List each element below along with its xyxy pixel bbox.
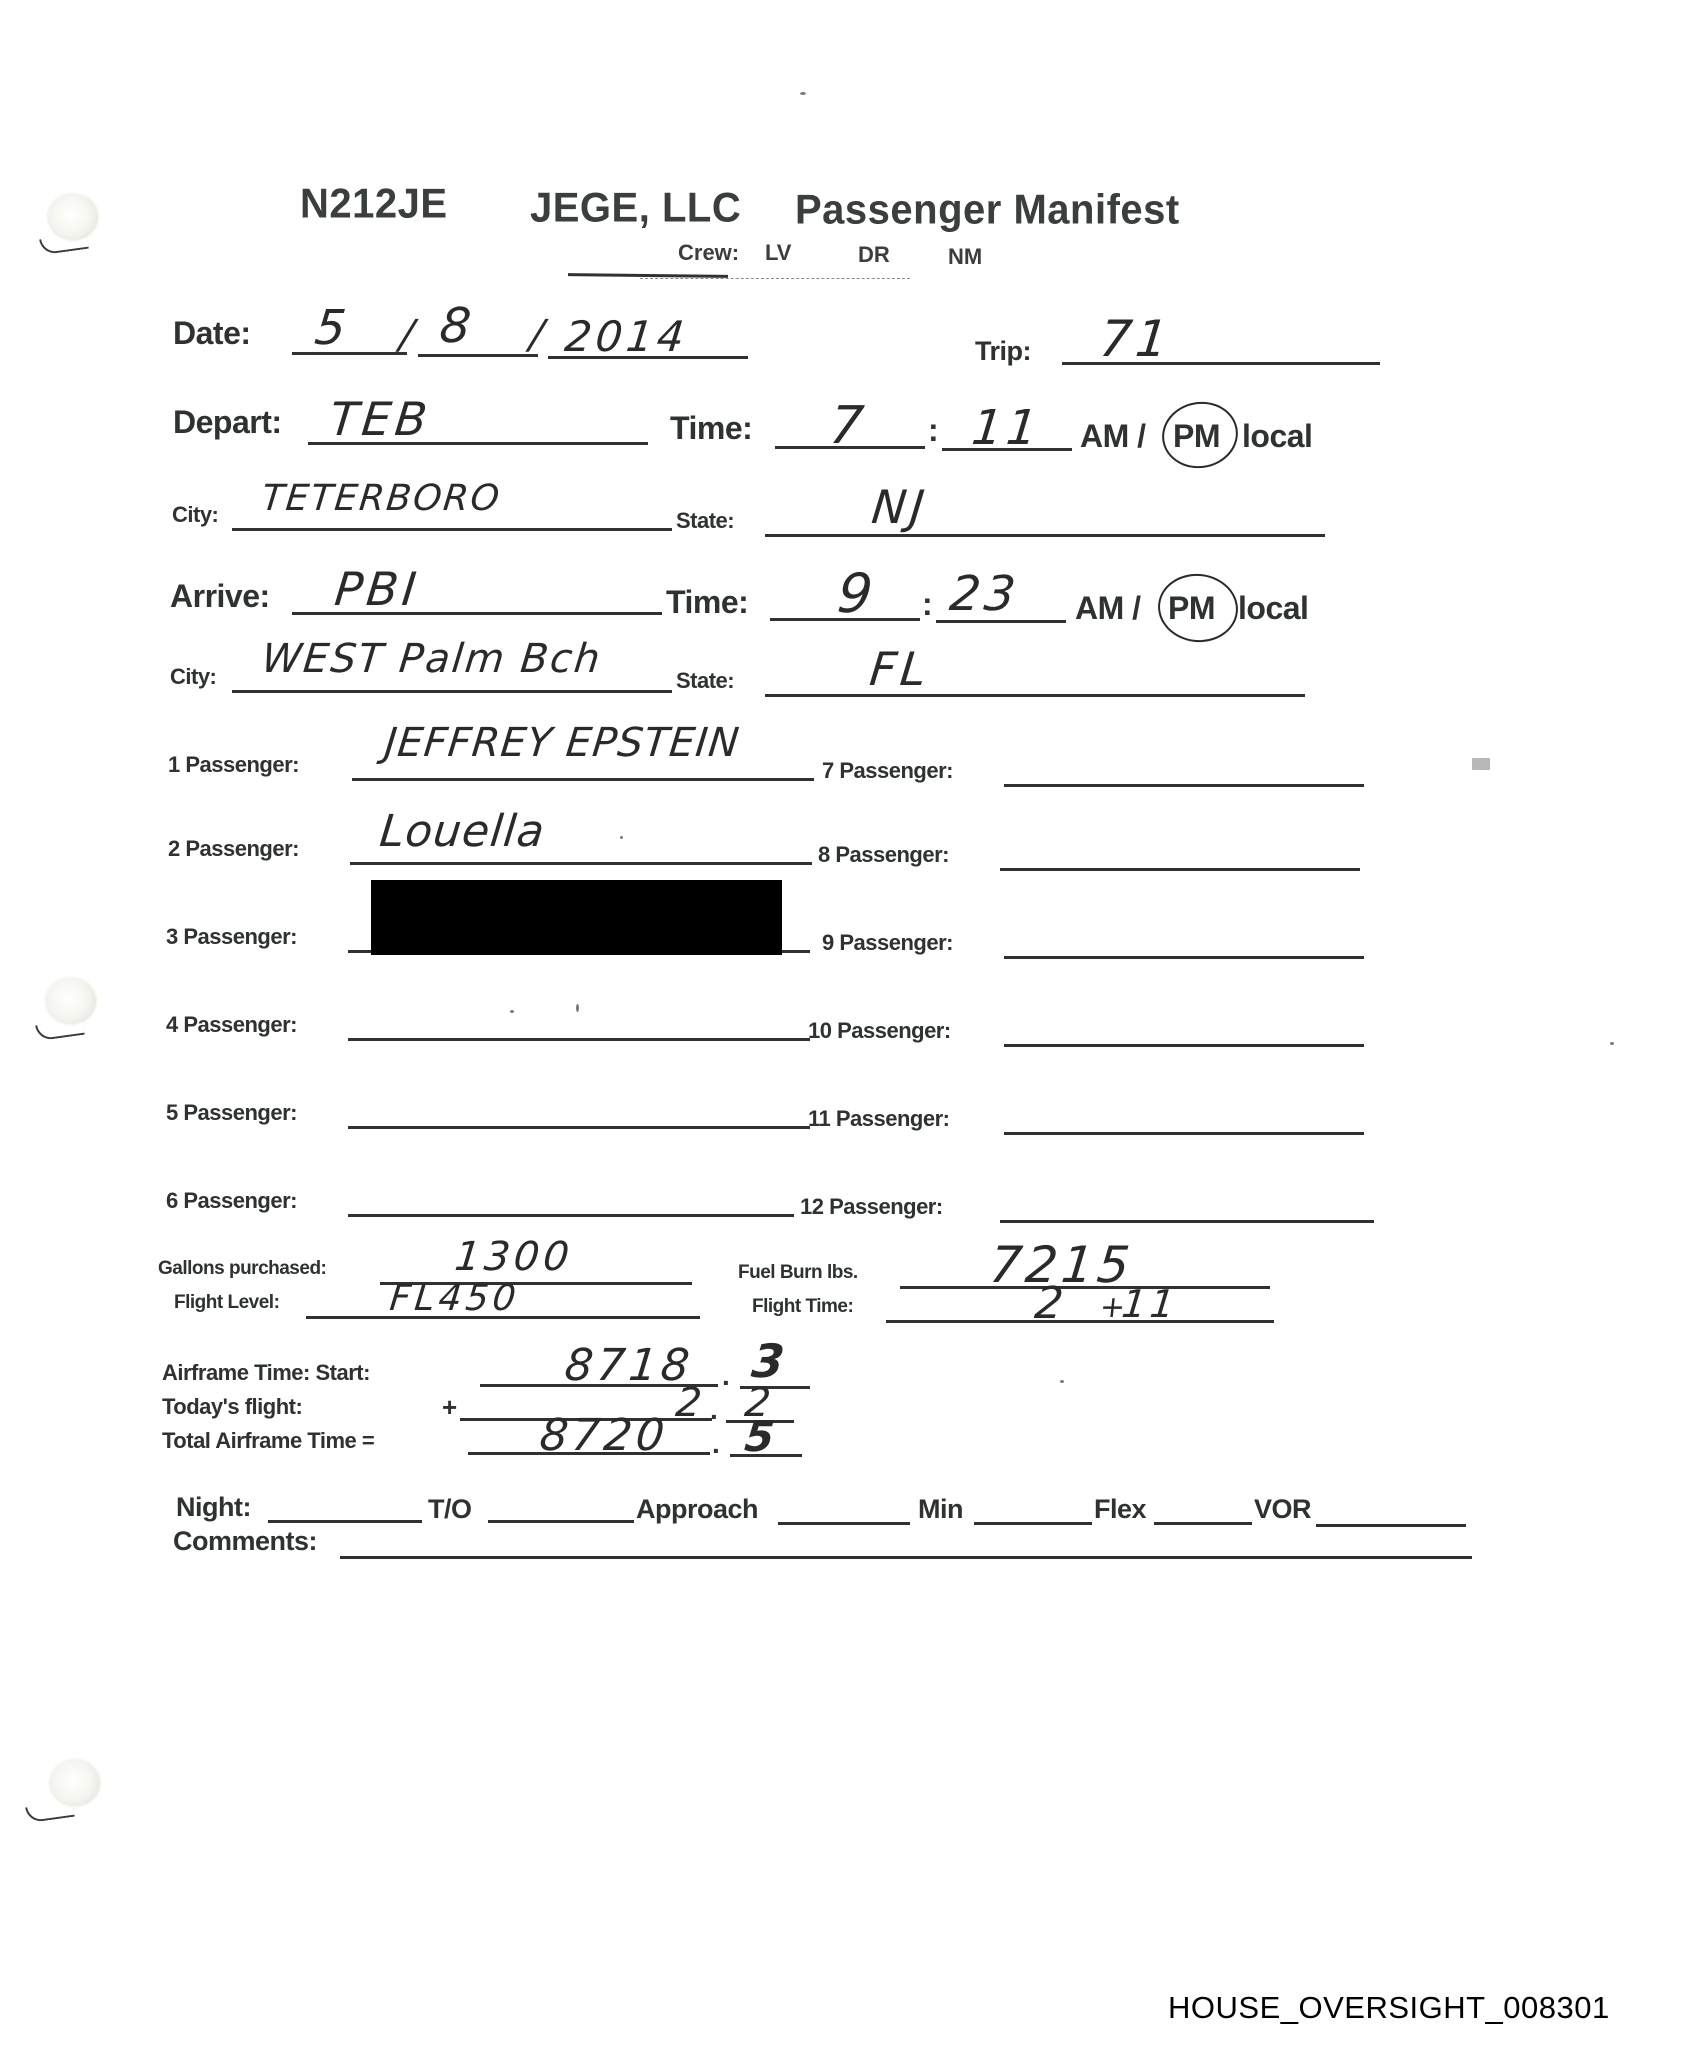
- arrive-city-line[interactable]: [232, 690, 672, 693]
- passenger-8-line[interactable]: [1000, 868, 1360, 871]
- passenger-5-line[interactable]: [348, 1126, 810, 1129]
- arrive-local-label: local: [1238, 590, 1308, 627]
- trip-label: Trip:: [975, 336, 1031, 367]
- tail-number: N212JE: [300, 181, 448, 228]
- comments-label: Comments:: [173, 1526, 317, 1557]
- date-day-line[interactable]: [418, 354, 538, 357]
- passenger-5-label: 5 Passenger:: [166, 1100, 297, 1126]
- depart-state-label: State:: [676, 508, 734, 534]
- passenger-10-label: 10 Passenger:: [808, 1018, 951, 1044]
- bates-number: HOUSE_OVERSIGHT_008301: [1168, 1990, 1610, 2026]
- punch-hole-bottom: [50, 1760, 100, 1806]
- airframe-today-whole: 2: [674, 1380, 708, 1426]
- passenger-3-label: 3 Passenger:: [166, 924, 297, 950]
- passenger-6-label: 6 Passenger:: [166, 1188, 297, 1214]
- date-sep-1: /: [398, 312, 420, 358]
- arrive-state-line[interactable]: [765, 694, 1305, 697]
- date-month-line[interactable]: [292, 352, 407, 355]
- arrive-hour-value: 9: [835, 562, 880, 625]
- to-label: T/O: [428, 1494, 472, 1525]
- airframe-today-plus: +: [442, 1392, 457, 1423]
- passenger-1-label: 1 Passenger:: [168, 752, 299, 778]
- airframe-today-label: Today's flight:: [162, 1394, 302, 1420]
- passenger-12-label: 12 Passenger:: [800, 1194, 943, 1220]
- crew-label: Crew:: [678, 240, 739, 266]
- passenger-10-line[interactable]: [1004, 1044, 1364, 1047]
- scan-speck: [576, 1004, 579, 1012]
- airframe-total-whole: 8720: [537, 1410, 670, 1461]
- passenger-12-line[interactable]: [1000, 1220, 1374, 1223]
- passenger-8-label: 8 Passenger:: [818, 842, 949, 868]
- to-line[interactable]: [488, 1520, 634, 1523]
- vor-line[interactable]: [1316, 1524, 1466, 1527]
- passenger-4-label: 4 Passenger:: [166, 1012, 297, 1038]
- punch-hole-top: [48, 194, 98, 240]
- scan-speck: [620, 836, 623, 839]
- depart-state-value: NJ: [869, 480, 931, 534]
- arrive-time-colon: :: [922, 586, 932, 623]
- flex-label: Flex: [1094, 1494, 1146, 1525]
- passenger-6-line[interactable]: [348, 1214, 794, 1217]
- punch-hole-middle-shadow: [35, 1019, 85, 1042]
- passenger-7-line[interactable]: [1004, 784, 1364, 787]
- punch-hole-top-shadow: [39, 233, 89, 256]
- arrive-time-label: Time:: [666, 584, 748, 621]
- night-line[interactable]: [268, 1520, 422, 1523]
- passenger-4-line[interactable]: [348, 1038, 810, 1041]
- arrive-city-label: City:: [170, 664, 216, 690]
- airframe-start-decimal: .: [722, 1360, 729, 1392]
- passenger-11-label: 11 Passenger:: [808, 1106, 949, 1132]
- scan-speck: [1610, 1042, 1614, 1045]
- crew-member-1: LV: [765, 240, 791, 266]
- punch-hole-middle: [46, 978, 96, 1024]
- flight-time-hours: 2: [1032, 1278, 1069, 1329]
- airframe-total-decimal: .: [712, 1428, 719, 1460]
- gallons-value: 1300: [453, 1234, 576, 1280]
- passenger-9-label: 9 Passenger:: [822, 930, 953, 956]
- date-label: Date:: [173, 315, 251, 352]
- scan-speck: [1472, 758, 1490, 770]
- depart-hour-value: 7: [827, 396, 870, 456]
- flight-time-label: Flight Time:: [752, 1296, 853, 1318]
- flight-level-value: FL450: [388, 1278, 522, 1319]
- airframe-today-decimal: .: [710, 1394, 717, 1426]
- depart-minute-value: 11: [969, 400, 1044, 456]
- arrive-state-value: FL: [867, 642, 933, 696]
- arrive-pm-selected-circle: [1155, 570, 1242, 646]
- crew-member-2: DR: [858, 242, 890, 268]
- airframe-total-tenths: 5: [742, 1412, 780, 1461]
- date-day-value: 8: [437, 298, 477, 354]
- depart-city-line[interactable]: [232, 528, 672, 531]
- passenger-2-value: Louella: [377, 806, 547, 857]
- approach-label: Approach: [636, 1494, 758, 1525]
- comments-line[interactable]: [340, 1556, 1472, 1559]
- depart-value: TEB: [327, 392, 433, 446]
- passenger-2-label: 2 Passenger:: [168, 836, 299, 862]
- arrive-state-label: State:: [676, 668, 734, 694]
- flight-time-minutes: 11: [1120, 1282, 1181, 1326]
- passenger-7-label: 7 Passenger:: [822, 758, 953, 784]
- airframe-total-label: Total Airframe Time =: [162, 1428, 374, 1454]
- passenger-1-value: JEFFREY EPSTEIN: [383, 720, 742, 766]
- approach-line[interactable]: [778, 1522, 910, 1525]
- depart-local-label: local: [1242, 418, 1312, 455]
- arrive-city-value: WEST Palm Bch: [260, 636, 604, 682]
- passenger-2-line[interactable]: [350, 862, 812, 865]
- crew-member-3: NM: [948, 244, 982, 270]
- airframe-start-label: Airframe Time: Start:: [162, 1360, 370, 1386]
- min-line[interactable]: [974, 1522, 1092, 1525]
- passenger-1-line[interactable]: [352, 778, 814, 781]
- depart-time-label: Time:: [670, 410, 752, 447]
- header-rule-faint: [640, 278, 910, 279]
- arrive-label: Arrive:: [170, 578, 270, 615]
- depart-time-colon: :: [928, 412, 938, 449]
- depart-city-value: TETERBORO: [260, 478, 503, 519]
- min-label: Min: [918, 1494, 963, 1525]
- vor-label: VOR: [1254, 1494, 1311, 1525]
- flight-time-line[interactable]: [886, 1320, 1274, 1323]
- fuel-burn-label: Fuel Burn lbs.: [738, 1262, 858, 1284]
- trip-value: 71: [1097, 310, 1175, 368]
- flex-line[interactable]: [1154, 1522, 1252, 1525]
- passenger-9-line[interactable]: [1004, 956, 1364, 959]
- flight-level-label: Flight Level:: [174, 1292, 279, 1314]
- airframe-start-whole: 8718: [562, 1340, 695, 1391]
- passenger-3-redaction: [371, 880, 782, 955]
- form-title: Passenger Manifest: [795, 187, 1180, 234]
- scan-speck: [1060, 1380, 1064, 1383]
- depart-state-line[interactable]: [765, 534, 1325, 537]
- night-label: Night:: [176, 1492, 251, 1523]
- depart-city-label: City:: [172, 502, 218, 528]
- depart-am-label[interactable]: AM /: [1080, 418, 1146, 455]
- arrive-value: PBI: [332, 562, 423, 616]
- depart-pm-selected-circle: [1157, 396, 1243, 474]
- passenger-11-line[interactable]: [1004, 1132, 1364, 1135]
- gallons-label: Gallons purchased:: [158, 1258, 326, 1280]
- arrive-am-label[interactable]: AM /: [1075, 590, 1141, 627]
- scan-speck: [510, 1010, 514, 1013]
- arrive-minute-value: 23: [947, 566, 1022, 622]
- depart-label: Depart:: [173, 404, 282, 441]
- date-sep-2: /: [528, 312, 550, 358]
- company-name: JEGE, LLC: [530, 185, 741, 232]
- scan-speck: [800, 92, 806, 95]
- date-month-value: 5: [312, 300, 352, 356]
- punch-hole-bottom-shadow: [25, 1801, 75, 1824]
- date-year-value: 2014: [562, 312, 690, 361]
